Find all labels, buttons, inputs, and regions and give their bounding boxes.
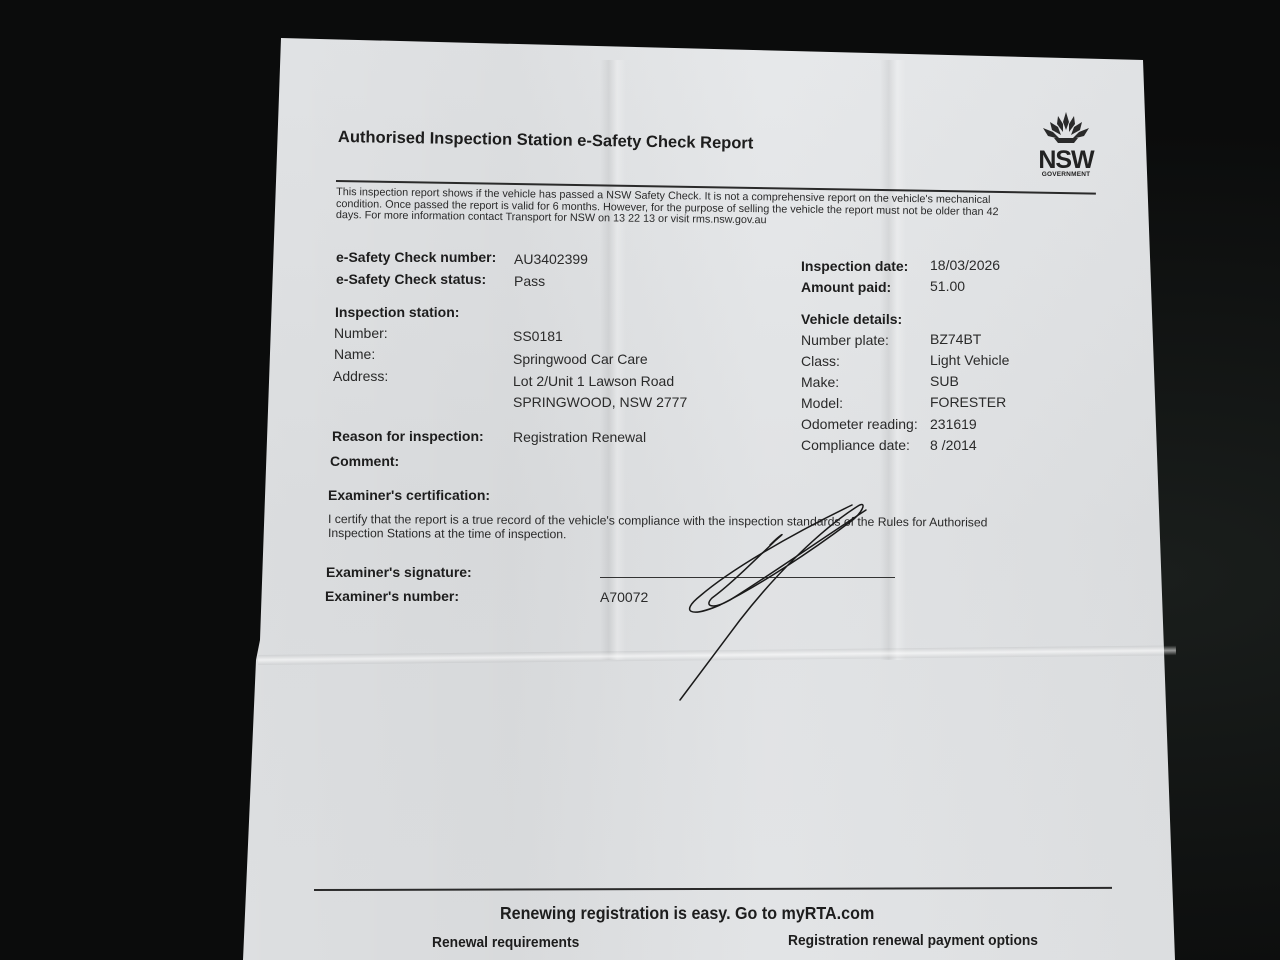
inspection-date-value: 18/03/2026 <box>930 257 1000 273</box>
logo-nsw-text: NSW <box>1036 149 1096 171</box>
signature-line <box>600 577 895 578</box>
amount-paid-label: Amount paid: <box>801 279 891 295</box>
station-number-value: SS0181 <box>513 328 563 344</box>
station-address-label: Address: <box>333 368 388 384</box>
station-address-line1: Lot 2/Unit 1 Lawson Road <box>513 373 674 389</box>
check-number-label: e-Safety Check number: <box>336 249 496 265</box>
check-number-value: AU3402399 <box>514 251 588 267</box>
footer-headline: Renewing registration is easy. Go to myR… <box>500 903 874 924</box>
make-label: Make: <box>801 374 839 390</box>
examiner-number-value: A70072 <box>600 589 648 605</box>
make-value: SUB <box>930 373 959 389</box>
number-plate-value: BZ74BT <box>930 331 981 347</box>
nsw-government-logo: NSW GOVERNMENT <box>1036 110 1096 178</box>
model-label: Model: <box>801 395 843 411</box>
reason-label: Reason for inspection: <box>332 428 484 444</box>
certification-text: I certify that the report is a true reco… <box>328 512 988 543</box>
reason-value: Registration Renewal <box>513 429 646 445</box>
compliance-date-label: Compliance date: <box>801 437 910 453</box>
check-status-value: Pass <box>514 273 545 289</box>
compliance-date-value: 8 /2014 <box>930 437 977 453</box>
class-value: Light Vehicle <box>930 352 1009 368</box>
station-name-label: Name: <box>334 346 375 362</box>
certification-heading: Examiner's certification: <box>328 487 490 503</box>
class-label: Class: <box>801 353 840 369</box>
vehicle-details-heading: Vehicle details: <box>801 311 902 327</box>
payment-options-heading: Registration renewal payment options <box>788 932 1038 949</box>
examiner-number-label: Examiner's number: <box>325 588 459 604</box>
number-plate-label: Number plate: <box>801 332 889 348</box>
logo-government-text: GOVERNMENT <box>1036 171 1096 178</box>
station-name-value: Springwood Car Care <box>513 351 648 367</box>
odometer-value: 231619 <box>930 416 977 432</box>
amount-paid-value: 51.00 <box>930 278 965 294</box>
inspection-date-label: Inspection date: <box>801 258 908 274</box>
inspection-station-heading: Inspection station: <box>335 304 459 320</box>
odometer-label: Odometer reading: <box>801 416 918 432</box>
renewal-requirements-heading: Renewal requirements <box>432 934 579 951</box>
check-status-label: e-Safety Check status: <box>336 271 486 287</box>
comment-label: Comment: <box>330 453 399 469</box>
station-number-label: Number: <box>334 325 388 341</box>
paper-crease <box>880 60 906 660</box>
model-value: FORESTER <box>930 394 1006 410</box>
station-address-line2: SPRINGWOOD, NSW 2777 <box>513 394 687 410</box>
waratah-flower-icon <box>1038 110 1094 144</box>
examiner-signature-label: Examiner's signature: <box>326 564 472 580</box>
